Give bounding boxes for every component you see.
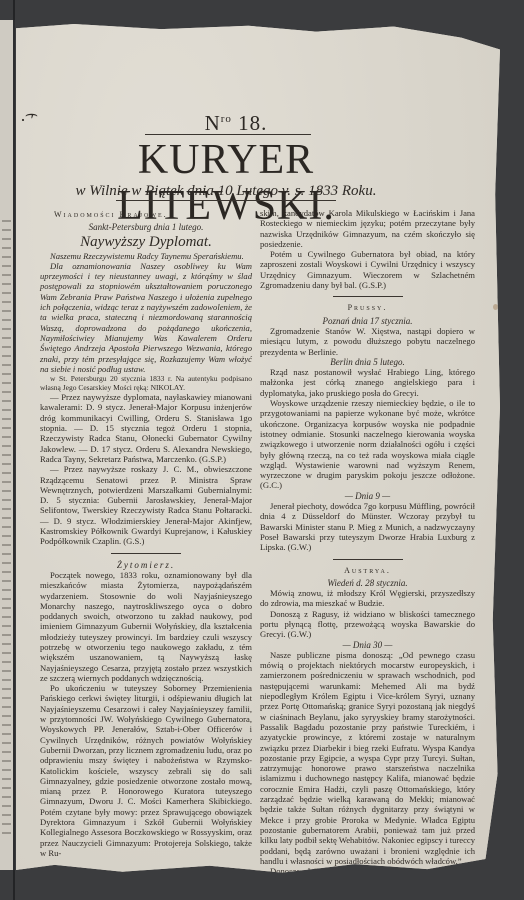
promotions-1: — Przez naywyższe dyplomata, nayłaskawie…: [40, 392, 252, 464]
adjacent-page-text: [2, 220, 11, 840]
poznan-text: Zgromadzenie Stanów W. Xięstwa, nastąpi …: [260, 326, 475, 357]
day-30-text: Nasze publiczne pisma donoszą: „Od pewne…: [260, 650, 475, 866]
issue-number: Nro 18.: [186, 111, 286, 136]
final-line: Donoszą z Wiednia, iż P. Talleray mianow…: [260, 866, 475, 876]
vienna-paragraph-1: Mówią znowu, iż młodszy Król Węgierski, …: [260, 588, 475, 609]
dateline-vienna: Wiedeń d. 28 stycznia.: [260, 578, 475, 588]
section-divider: [333, 296, 403, 297]
section-heading-prussia: Prussy.: [260, 303, 475, 313]
rule-top: [145, 134, 311, 135]
zytomierz-paragraph-2: Po ukończeniu w tuteyszey Soborney Przem…: [40, 683, 252, 858]
issue-sup: ro: [221, 113, 232, 125]
berlin-paragraph-2: Woyskowe urządzenie rzeszy niemieckiey b…: [260, 398, 475, 491]
continuation-text: skim, kandydatów Karola Mikulskiego w Ła…: [260, 208, 475, 249]
diploma-signature: w St. Petersburgu 20 stycznia 1833 r. Na…: [40, 374, 252, 392]
dateline-poznan: Poznań dnia 17 stycznia.: [260, 316, 475, 326]
adjacent-page-strip: [0, 20, 15, 870]
diploma-address: Naszemu Rzeczywistemu Radcy Taynemu Sper…: [40, 251, 252, 261]
diploma-text: Dla oznamionowania Naszey osobliwey ku W…: [40, 261, 252, 374]
paper-stain: [493, 304, 498, 310]
dateline-day-30: — Dnia 30 —: [260, 640, 475, 650]
ink-mark: ·͡ ′: [20, 110, 34, 131]
column-left: Wiadomości Krajowe. Sankt-Petersburg dni…: [40, 208, 252, 858]
column-right: skim, kandydatów Karola Mikulskiego w Ła…: [260, 208, 475, 876]
section-heading-austria: Austrya.: [260, 566, 475, 576]
rule-mid: [116, 200, 336, 201]
day-9-text: Jenerał piechoty, dowódca 7go korpusu Mü…: [260, 501, 475, 552]
berlin-paragraph-1: Rząd nasz postanowił wysłać Hrabiego Lin…: [260, 367, 475, 398]
dateline-day-9: — Dnia 9 —: [260, 491, 475, 501]
continuation-text-2: Potém u Cywilnego Gubernatora był obiad,…: [260, 249, 475, 290]
dateline-berlin: Berlin dnia 5 lutego.: [260, 357, 475, 367]
promotions-2: — Przez naywyższe roskazy J. C. M., obwi…: [40, 464, 252, 546]
section-heading-domestic: Wiadomości Krajowe.: [40, 210, 252, 220]
vienna-paragraph-2: Donoszą z Ragusy, iż widziano w bliskośc…: [260, 609, 475, 640]
section-divider: [333, 559, 403, 560]
dateline: w Wilnie w Piątek dnia 10 Lutego v. s. 1…: [56, 183, 396, 200]
dateline-petersburg: Sankt-Petersburg dnia 1 lutego.: [40, 222, 252, 232]
issue-label: N: [205, 111, 221, 135]
section-divider: [111, 553, 181, 554]
issue-value: 18.: [238, 111, 267, 135]
newspaper-page: ·͡ ′ Nro 18. KURYER LITEWSKI. w Wilnie w…: [16, 24, 500, 876]
zytomierz-heading: Żytomierz.: [40, 560, 252, 570]
zytomierz-paragraph-1: Początek nowego, 1833 roku, oznamionowan…: [40, 570, 252, 683]
diploma-title: Naywyższy Dyplomat.: [40, 234, 252, 250]
